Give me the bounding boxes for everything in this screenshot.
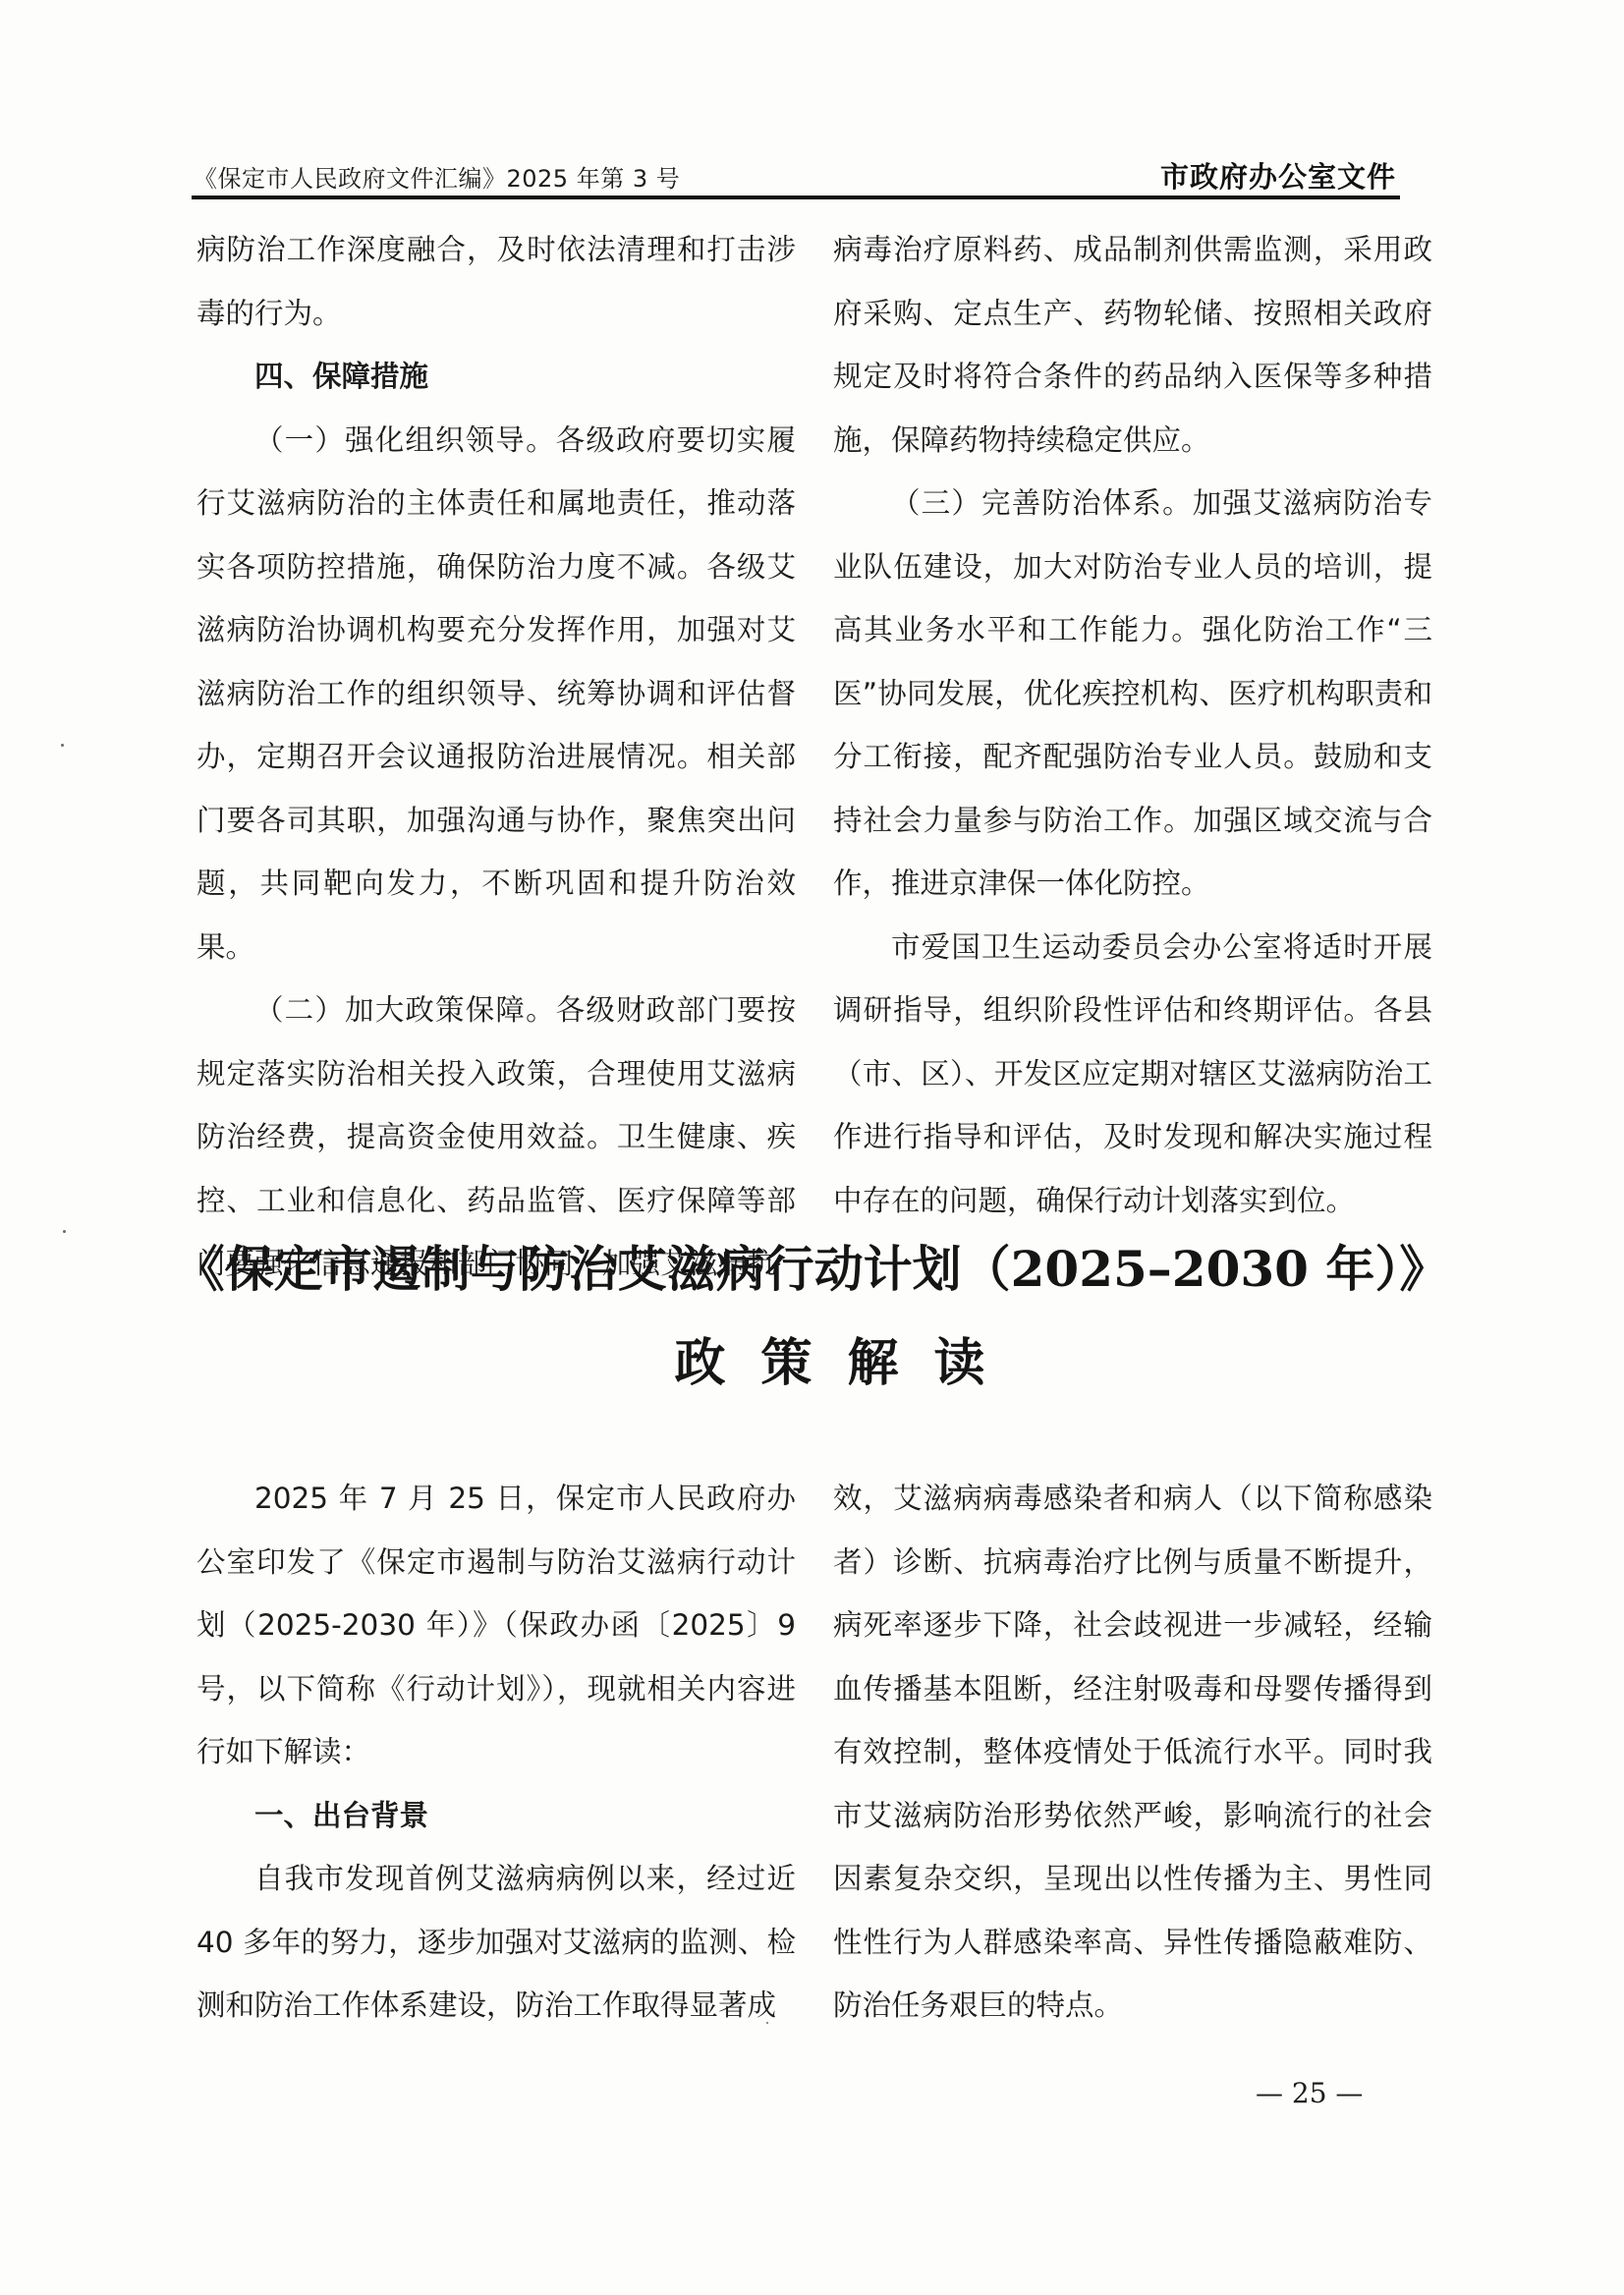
continuation-paragraph: 病防治工作深度融合，及时依法清理和打击涉毒的行为。 xyxy=(196,218,796,345)
intro-paragraph: 2025 年 7 月 25 日，保定市人民政府办公室印发了《保定市遏制与防治艾滋… xyxy=(196,1467,796,1784)
paragraph-organizational-leadership: （一）强化组织领导。各级政府要切实履行艾滋病防治的主体责任和属地责任，推动落实各… xyxy=(196,409,796,980)
paragraph-prevention-system: （三）完善防治体系。加强艾滋病防治专业队伍建设，加大对防治专业人员的培训，提高其… xyxy=(833,472,1432,916)
section-label: 市政府办公室文件 xyxy=(1160,155,1396,196)
scan-speck xyxy=(61,744,64,747)
closing-paragraph: 市爱国卫生运动委员会办公室将适时开展调研指导，组织阶段性评估和终期评估。各县（市… xyxy=(833,916,1432,1233)
subheading-lead: （一）强化组织领导。 xyxy=(254,423,556,457)
top-right-column: 病毒治疗原料药、成品制剂供需监测，采用政府采购、定点生产、药物轮储、按照相关政府… xyxy=(833,218,1432,1232)
article-left-column: 2025 年 7 月 25 日，保定市人民政府办公室印发了《保定市遏制与防治艾滋… xyxy=(196,1467,796,2038)
background-continuation: 效，艾滋病病毒感染者和病人（以下简称感染者）诊断、抗病毒治疗比例与质量不断提升，… xyxy=(833,1467,1432,2038)
page-number: — 25 — xyxy=(1256,2077,1363,2109)
section-heading-background: 一、出台背景 xyxy=(196,1784,796,1848)
section-heading-safeguards: 四、保障措施 xyxy=(196,345,796,409)
document-page: 《保定市人民政府文件汇编》2025 年第 3 号 市政府办公室文件 病防治工作深… xyxy=(0,0,1624,2295)
header-rule xyxy=(192,196,1400,199)
scan-speck xyxy=(766,2022,768,2024)
article-right-column: 效，艾滋病病毒感染者和病人（以下简称感染者）诊断、抗病毒治疗比例与质量不断提升，… xyxy=(833,1467,1432,2038)
subheading-lead: （三）完善防治体系。 xyxy=(891,486,1193,520)
subheading-lead: （二）加大政策保障。 xyxy=(254,993,556,1027)
article-title: 《保定市遏制与防治艾滋病行动计划（2025–2030 年）》 xyxy=(0,1230,1624,1301)
running-header: 《保定市人民政府文件汇编》2025 年第 3 号 市政府办公室文件 xyxy=(194,155,1396,191)
scan-speck xyxy=(63,1230,66,1233)
top-left-column: 病防治工作深度融合，及时依法清理和打击涉毒的行为。 四、保障措施 （一）强化组织… xyxy=(196,218,796,1296)
background-paragraph: 自我市发现首例艾滋病病例以来，经过近 40 多年的努力，逐步加强对艾滋病的监测、… xyxy=(196,1847,796,2038)
continuation-paragraph: 病毒治疗原料药、成品制剂供需监测，采用政府采购、定点生产、药物轮储、按照相关政府… xyxy=(833,218,1432,472)
publication-title: 《保定市人民政府文件汇编》2025 年第 3 号 xyxy=(194,159,680,194)
article-subtitle: 政策解读 xyxy=(0,1321,1624,1395)
